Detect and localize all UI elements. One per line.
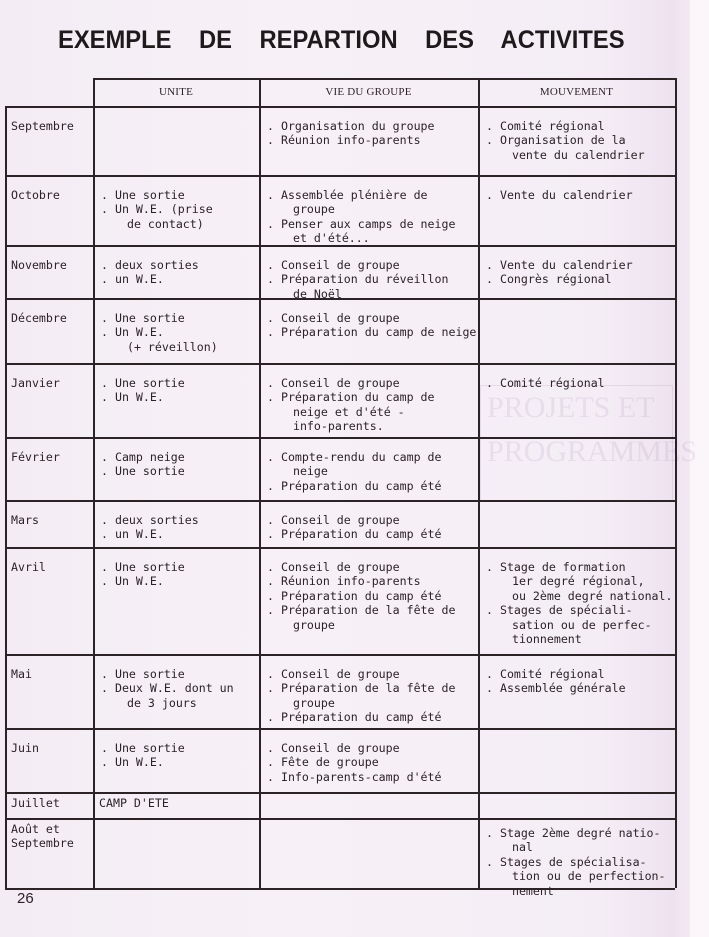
activity-item: . Un W.E.	[101, 390, 185, 404]
row-rule	[5, 818, 675, 820]
activity-item: . Comité régional	[486, 667, 626, 681]
column-rule	[93, 78, 95, 888]
vie-du-groupe-cell: . Conseil de groupe. Préparation de la f…	[267, 667, 455, 725]
unite-cell: . Camp neige. Une sortie	[101, 450, 185, 479]
activity-item: . Réunion info-parents	[267, 133, 435, 147]
month-label: Février	[11, 450, 60, 464]
row-rule	[5, 547, 675, 549]
mouvement-cell: . Stage de formation 1er degré régional,…	[486, 560, 673, 646]
month-label: Avril	[11, 560, 46, 574]
row-rule	[5, 363, 675, 365]
activity-item: . Info-parents-camp d'été	[267, 770, 442, 784]
activity-item: . Conseil de groupe	[267, 560, 455, 574]
month-label: Novembre	[11, 258, 67, 272]
page-number: 26	[17, 890, 34, 907]
page-edge	[690, 0, 709, 937]
mouvement-cell: . Vente du calendrier. Congrès régional	[486, 258, 633, 287]
vie-du-groupe-cell: . Assemblée plénière de groupe. Penser a…	[267, 188, 455, 246]
month-label: Septembre	[11, 119, 74, 133]
unite-cell: . Une sortie. Deux W.E. dont un de 3 jou…	[101, 667, 234, 710]
row-rule	[5, 728, 675, 730]
activity-item: . Conseil de groupe	[267, 513, 442, 527]
unite-cell: . Une sortie. Un W.E.	[101, 741, 185, 770]
month-label: Janvier	[11, 376, 60, 390]
vie-du-groupe-cell: . Conseil de groupe. Réunion info-parent…	[267, 560, 455, 632]
activity-item: . Congrès régional	[486, 272, 633, 286]
activity-item: . Préparation de la fête de groupe	[267, 681, 455, 710]
column-rule	[259, 78, 261, 888]
unite-cell: . Une sortie. Un W.E.	[101, 376, 185, 405]
activity-item: . Préparation du camp de neige et d'été …	[267, 390, 435, 433]
activity-item: . Fête de groupe	[267, 755, 442, 769]
vie-du-groupe-cell: . Organisation du groupe. Réunion info-p…	[267, 119, 435, 148]
activity-item: . un W.E.	[101, 272, 199, 286]
activity-item: . Vente du calendrier	[486, 188, 633, 202]
month-label: Juillet	[11, 796, 60, 810]
activity-item: . Préparation du camp été	[267, 527, 442, 541]
activity-item: . Conseil de groupe	[267, 258, 448, 272]
month-label: Octobre	[11, 188, 60, 202]
activity-item: . Stages de spécialisa- tion ou de perfe…	[486, 855, 666, 898]
activity-item: . Compte-rendu du camp de neige	[267, 450, 442, 479]
row-rule	[5, 175, 675, 177]
activity-item: . Une sortie	[101, 741, 185, 755]
activity-item: . Conseil de groupe	[267, 741, 442, 755]
column-header: UNITE	[93, 85, 259, 99]
page-title: EXEMPLE DE REPARTION DES ACTIVITES	[58, 26, 625, 55]
unite-cell: . Une sortie. Un W.E.	[101, 560, 185, 589]
vie-du-groupe-cell: . Conseil de groupe. Préparation du camp…	[267, 311, 476, 340]
activity-item: . Réunion info-parents	[267, 574, 455, 588]
activity-item: . Deux W.E. dont un de 3 jours	[101, 681, 234, 710]
activity-item: . Une sortie	[101, 188, 213, 202]
row-rule	[5, 654, 675, 656]
vie-du-groupe-cell: . Conseil de groupe. Préparation du réve…	[267, 258, 448, 301]
bleed-through-text: PROJETS ETPROGRAMMES	[480, 385, 673, 502]
activity-item: . Conseil de groupe	[267, 311, 476, 325]
row-rule	[5, 792, 675, 794]
row-rule	[5, 437, 675, 439]
activity-item: . Une sortie	[101, 376, 185, 390]
activity-item: . Un W.E. (+ réveillon)	[101, 325, 218, 354]
activity-item: . Une sortie	[101, 464, 185, 478]
activity-item: . Préparation du camp été	[267, 710, 455, 724]
column-header: MOUVEMENT	[478, 85, 675, 99]
mouvement-cell: . Comité régional	[486, 376, 605, 390]
vie-du-groupe-cell: . Conseil de groupe. Préparation du camp…	[267, 376, 435, 434]
unite-cell: . deux sorties. un W.E.	[101, 258, 199, 287]
activity-item: . Comité régional	[486, 119, 645, 133]
activity-item: . Préparation de la fête de groupe	[267, 603, 455, 632]
activity-item: . Penser aux camps de neige et d'été...	[267, 217, 455, 246]
activity-item: . Comité régional	[486, 376, 605, 390]
column-header: VIE DU GROUPE	[259, 85, 478, 99]
mouvement-cell: . Comité régional. Organisation de la ve…	[486, 119, 645, 162]
column-rule	[675, 78, 677, 888]
activity-item: . Préparation du camp été	[267, 479, 442, 493]
vie-du-groupe-cell: . Conseil de groupe. Préparation du camp…	[267, 513, 442, 542]
activity-item: . Organisation du groupe	[267, 119, 435, 133]
activity-item: . Assemblée générale	[486, 681, 626, 695]
column-rule	[5, 106, 7, 888]
mouvement-cell: . Stage 2ème degré natio- nal. Stages de…	[486, 826, 666, 898]
row-rule	[5, 500, 675, 502]
unite-cell: . Une sortie. Un W.E. (+ réveillon)	[101, 311, 218, 354]
camp-label: CAMP D'ETE	[99, 796, 169, 810]
activity-item: . Préparation du camp de neige	[267, 325, 476, 339]
activity-item: . Un W.E.	[101, 574, 185, 588]
mouvement-cell: . Vente du calendrier	[486, 188, 633, 202]
month-label: Mai	[11, 667, 32, 681]
activity-item: . Stage 2ème degré natio- nal	[486, 826, 666, 855]
activity-item: . Organisation de la vente du calendrier	[486, 133, 645, 162]
month-label: Décembre	[11, 311, 67, 325]
activity-item: . Vente du calendrier	[486, 258, 633, 272]
activity-item: . Conseil de groupe	[267, 376, 435, 390]
table-rule	[93, 78, 675, 80]
activity-item: . Une sortie	[101, 311, 218, 325]
activity-item: . Une sortie	[101, 667, 234, 681]
mouvement-cell: . Comité régional. Assemblée générale	[486, 667, 626, 696]
month-label: Mars	[11, 513, 39, 527]
month-label: Juin	[11, 741, 39, 755]
activity-item: . Préparation du camp été	[267, 589, 455, 603]
activity-item: . Conseil de groupe	[267, 667, 455, 681]
vie-du-groupe-cell: . Conseil de groupe. Fête de groupe. Inf…	[267, 741, 442, 784]
unite-cell: . deux sorties. un W.E.	[101, 513, 199, 542]
column-rule	[478, 78, 480, 888]
activity-item: . un W.E.	[101, 527, 199, 541]
activity-item: . Stage de formation 1er degré régional,…	[486, 560, 673, 603]
activity-item: . Préparation du réveillon de Noël	[267, 272, 448, 301]
vie-du-groupe-cell: . Compte-rendu du camp de neige. Prépara…	[267, 450, 442, 493]
month-label: Août et Septembre	[11, 822, 74, 851]
activity-item: . Un W.E. (prise de contact)	[101, 202, 213, 231]
row-rule	[5, 106, 675, 108]
activity-item: . Une sortie	[101, 560, 185, 574]
activity-item: . Un W.E.	[101, 755, 185, 769]
activity-item: . deux sorties	[101, 513, 199, 527]
activity-item: . Camp neige	[101, 450, 185, 464]
unite-cell: . Une sortie. Un W.E. (prise de contact)	[101, 188, 213, 231]
activity-item: . Stages de spéciali- sation ou de perfe…	[486, 603, 673, 646]
activity-item: . Assemblée plénière de groupe	[267, 188, 455, 217]
activity-item: . deux sorties	[101, 258, 199, 272]
